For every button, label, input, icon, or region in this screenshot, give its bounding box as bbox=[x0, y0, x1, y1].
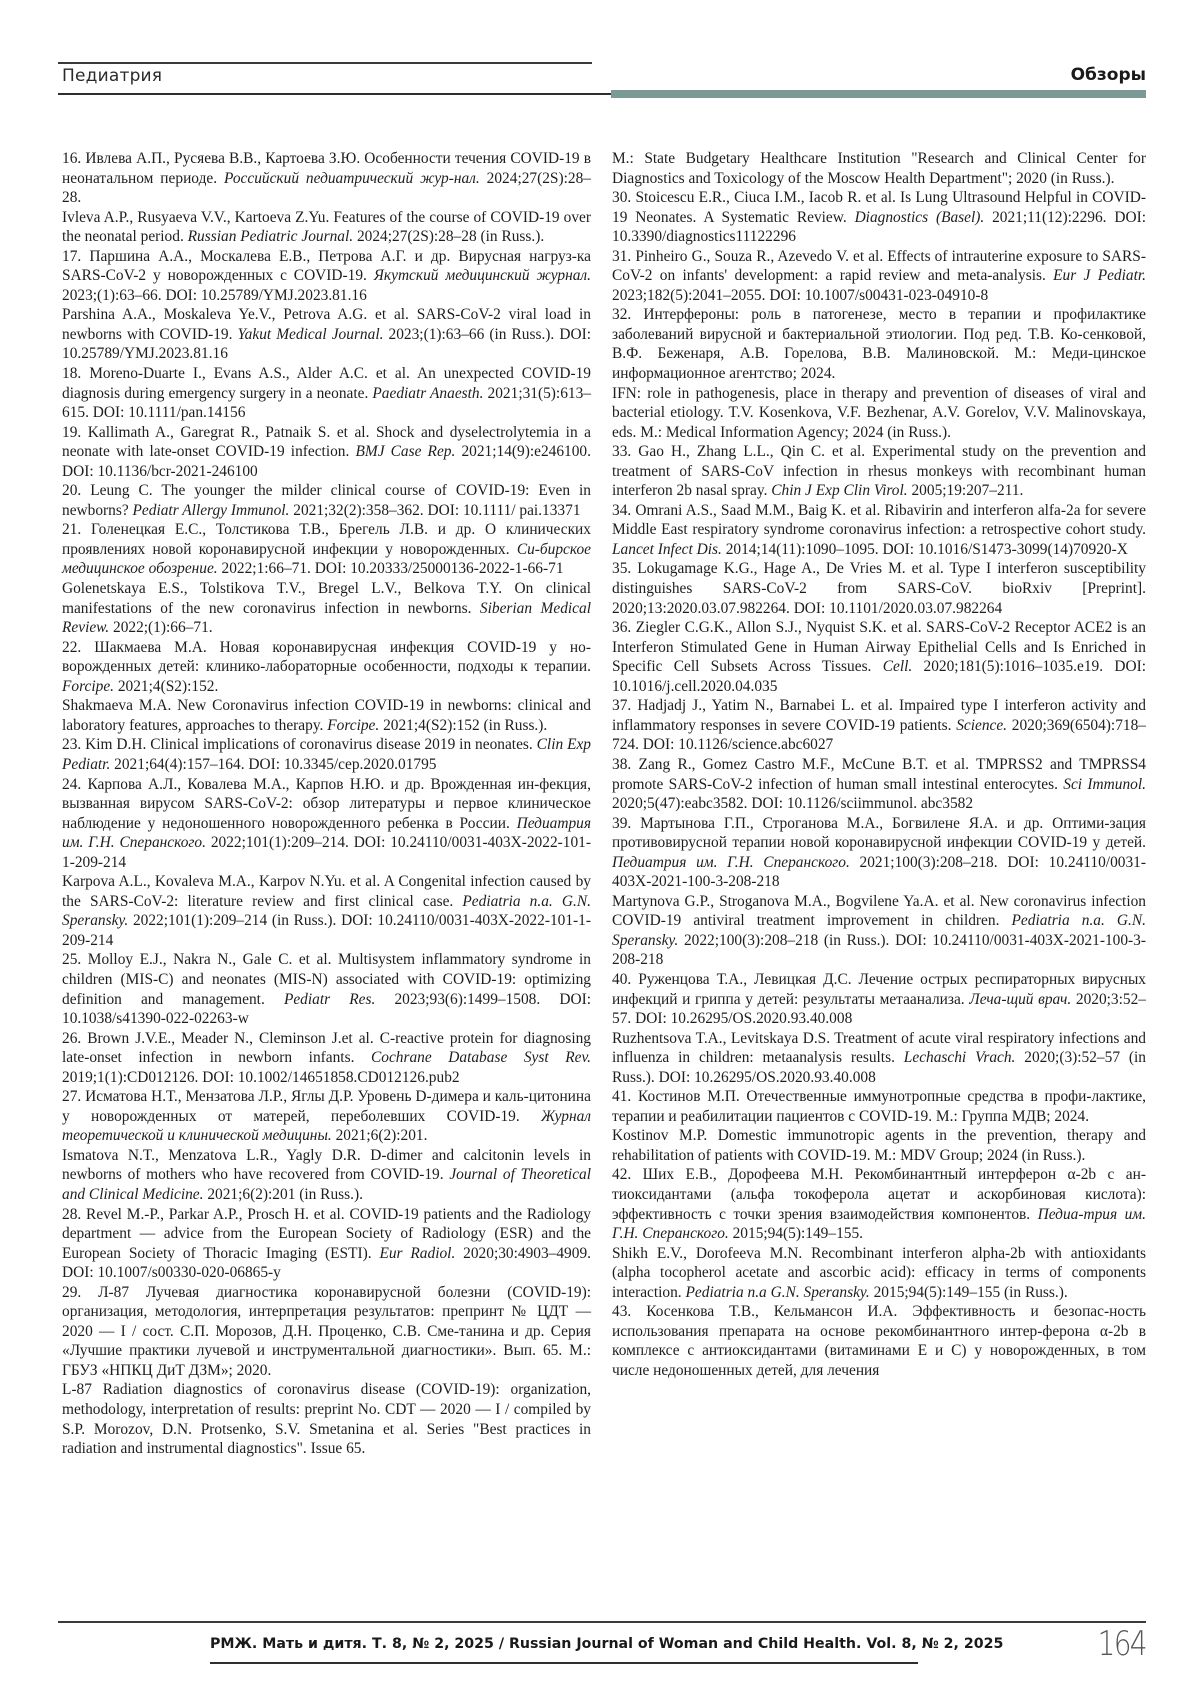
reference-entry: Ismatova N.T., Menzatova L.R., Yagly D.R… bbox=[62, 1146, 591, 1205]
reference-entry: 29. Л-87 Лучевая диагностика коронавирус… bbox=[62, 1283, 591, 1381]
reference-entry: 31. Pinheiro G., Souza R., Azevedo V. et… bbox=[612, 247, 1146, 306]
journal-title: Forcipe. bbox=[327, 717, 379, 734]
reference-entry: 28. Revel M.-P., Parkar A.P., Prosch H. … bbox=[62, 1205, 591, 1283]
reference-entry: 43. Косенкова Т.В., Кельмансон И.А. Эффе… bbox=[612, 1302, 1146, 1380]
journal-title: Journal of Theoretical and Clinical Medi… bbox=[62, 1166, 591, 1203]
footer-journal-citation: РМЖ. Мать и дитя. Т. 8, № 2, 2025 / Russ… bbox=[210, 1636, 1003, 1652]
journal-title: Clin Exp Pediatr. bbox=[62, 736, 591, 773]
reference-entry: 23. Kim D.H. Clinical implications of co… bbox=[62, 735, 591, 774]
reference-entry: 22. Шакмаева М.А. Новая коронавирусная и… bbox=[62, 638, 591, 697]
journal-title: Cell. bbox=[883, 658, 913, 675]
journal-title: Российский педиатрический жур-нал. bbox=[224, 170, 480, 187]
reference-entry: IFN: role in pathogenesis, place in ther… bbox=[612, 384, 1146, 443]
journal-title: Pediatr Res. bbox=[284, 991, 375, 1008]
page-number: 164 bbox=[1098, 1624, 1146, 1664]
references-right-column: M.: State Budgetary Healthcare Instituti… bbox=[612, 149, 1146, 1380]
footer-top-rule bbox=[58, 1621, 1146, 1623]
reference-entry: Karpova A.L., Kovaleva M.A., Karpov N.Yu… bbox=[62, 872, 591, 950]
reference-entry: 37. Hadjadj J., Yatim N., Barnabei L. et… bbox=[612, 696, 1146, 755]
journal-title: Lancet Infect Dis. bbox=[612, 541, 722, 558]
reference-entry: Parshina A.A., Moskaleva Ye.V., Petrova … bbox=[62, 305, 591, 364]
journal-title: Pediatr Allergy Immunol. bbox=[133, 502, 290, 519]
journal-title: Eur J Pediatr. bbox=[1053, 267, 1146, 284]
journal-title: Си-бирское медицинское обозрение. bbox=[62, 541, 591, 578]
reference-entry: 16. Ивлева А.П., Русяева В.В., Картоева … bbox=[62, 149, 591, 208]
journal-title: Pediatria n.a. G.N. Speransky. bbox=[612, 912, 1146, 949]
reference-entry: 36. Ziegler C.G.K., Allon S.J., Nyquist … bbox=[612, 618, 1146, 696]
journal-title: Журнал теоретической и клинической медиц… bbox=[62, 1108, 591, 1145]
reference-entry: 39. Мартынова Г.П., Строганова М.А., Бог… bbox=[612, 814, 1146, 892]
reference-entry: Martynova G.P., Stroganova M.A., Bogvile… bbox=[612, 892, 1146, 970]
section-label-pediatrics: Педиатрия bbox=[62, 66, 162, 86]
journal-title: Якутский медицинский журнал. bbox=[374, 267, 591, 284]
journal-title: Diagnostics (Basel). bbox=[855, 209, 985, 226]
footer-underline bbox=[210, 1662, 918, 1664]
reference-entry: Ivleva A.P., Rusyaeva V.V., Kartoeva Z.Y… bbox=[62, 208, 591, 247]
reference-entry: 40. Руженцова Т.А., Левицкая Д.С. Лечени… bbox=[612, 970, 1146, 1029]
reference-entry: 30. Stoicescu E.R., Ciuca I.M., Iacob R.… bbox=[612, 188, 1146, 247]
journal-title: Педиатрия им. Г.Н. Сперанского. bbox=[62, 815, 591, 852]
reference-entry: L-87 Radiation diagnostics of coronaviru… bbox=[62, 1380, 591, 1458]
journal-title: Педиа-трия им. Г.Н. Сперанского. bbox=[612, 1206, 1146, 1243]
reference-entry: Shakmaeva M.A. New Coronavirus infection… bbox=[62, 696, 591, 735]
reference-entry: Shikh E.V., Dorofeeva M.N. Recombinant i… bbox=[612, 1244, 1146, 1303]
reference-entry: 35. Lokugamage K.G., Hage A., De Vries M… bbox=[612, 559, 1146, 618]
reference-entry: Ruzhentsova T.A., Levitskaya D.S. Treatm… bbox=[612, 1029, 1146, 1088]
journal-title: Педиатрия им. Г.Н. Сперанского. bbox=[612, 854, 850, 871]
header-top-rule bbox=[58, 62, 592, 64]
journal-title: Paediatr Anaesth. bbox=[372, 385, 483, 402]
section-label-reviews: Обзоры bbox=[1071, 65, 1146, 85]
journal-title: BMJ Case Rep. bbox=[355, 443, 455, 460]
reference-entry: 19. Kallimath A., Garegrat R., Patnaik S… bbox=[62, 423, 591, 482]
reference-entry: 34. Omrani A.S., Saad M.M., Baig K. et a… bbox=[612, 501, 1146, 560]
reference-entry: 27. Исматова Н.Т., Мензатова Л.Р., Яглы … bbox=[62, 1087, 591, 1146]
reference-entry: 20. Leung C. The younger the milder clin… bbox=[62, 481, 591, 520]
reference-entry: 33. Gao H., Zhang L.L., Qin C. et al. Ex… bbox=[612, 442, 1146, 501]
journal-title: Russian Pediatric Journal. bbox=[188, 228, 353, 245]
journal-title: Forcipe. bbox=[62, 678, 114, 695]
reference-entry: 24. Карпова А.Л., Ковалева М.А., Карпов … bbox=[62, 775, 591, 873]
journal-title: Cochrane Database Syst Rev. bbox=[371, 1049, 591, 1066]
journal-title: Chin J Exp Clin Virol. bbox=[771, 482, 907, 499]
reference-entry: Golenetskaya E.S., Tolstikova T.V., Breg… bbox=[62, 579, 591, 638]
reference-entry: 21. Голенецкая Е.С., Толстикова Т.В., Бр… bbox=[62, 520, 591, 579]
reference-entry: M.: State Budgetary Healthcare Instituti… bbox=[612, 149, 1146, 188]
reference-entry: 42. Ших Е.В., Дорофеева М.Н. Рекомбинант… bbox=[612, 1165, 1146, 1243]
reference-entry: Kostinov M.P. Domestic immunotropic agen… bbox=[612, 1126, 1146, 1165]
reference-entry: 32. Интерфероны: роль в патогенезе, мест… bbox=[612, 305, 1146, 383]
reference-entry: 38. Zang R., Gomez Castro M.F., McCune B… bbox=[612, 755, 1146, 814]
journal-title: Pediatria n.a G.N. Speransky. bbox=[686, 1284, 870, 1301]
journal-title: Sci Immunol. bbox=[1063, 776, 1146, 793]
header-bottom-rule bbox=[58, 93, 611, 95]
journal-title: Yakut Medical Journal. bbox=[238, 326, 384, 343]
references-left-column: 16. Ивлева А.П., Русяева В.В., Картоева … bbox=[62, 149, 591, 1459]
reference-entry: 26. Brown J.V.E., Meader N., Cleminson J… bbox=[62, 1029, 591, 1088]
reference-entry: 25. Molloy E.J., Nakra N., Gale C. et al… bbox=[62, 950, 591, 1028]
reference-entry: 17. Паршина А.А., Москалева Е.В., Петров… bbox=[62, 247, 591, 306]
header-accent-bar bbox=[611, 90, 1146, 98]
journal-title: Eur Radiol. bbox=[379, 1245, 455, 1262]
reference-entry: 41. Костинов М.П. Отечественные иммунотр… bbox=[612, 1087, 1146, 1126]
journal-title: Siberian Medical Review. bbox=[62, 600, 591, 637]
reference-entry: 18. Moreno-Duarte I., Evans A.S., Alder … bbox=[62, 364, 591, 423]
journal-title: Леча-щий врач. bbox=[969, 991, 1071, 1008]
journal-title: Science. bbox=[956, 717, 1007, 734]
journal-title: Pediatria n.a. G.N. Speransky. bbox=[62, 893, 591, 930]
journal-title: Lechaschi Vrach. bbox=[904, 1049, 1016, 1066]
